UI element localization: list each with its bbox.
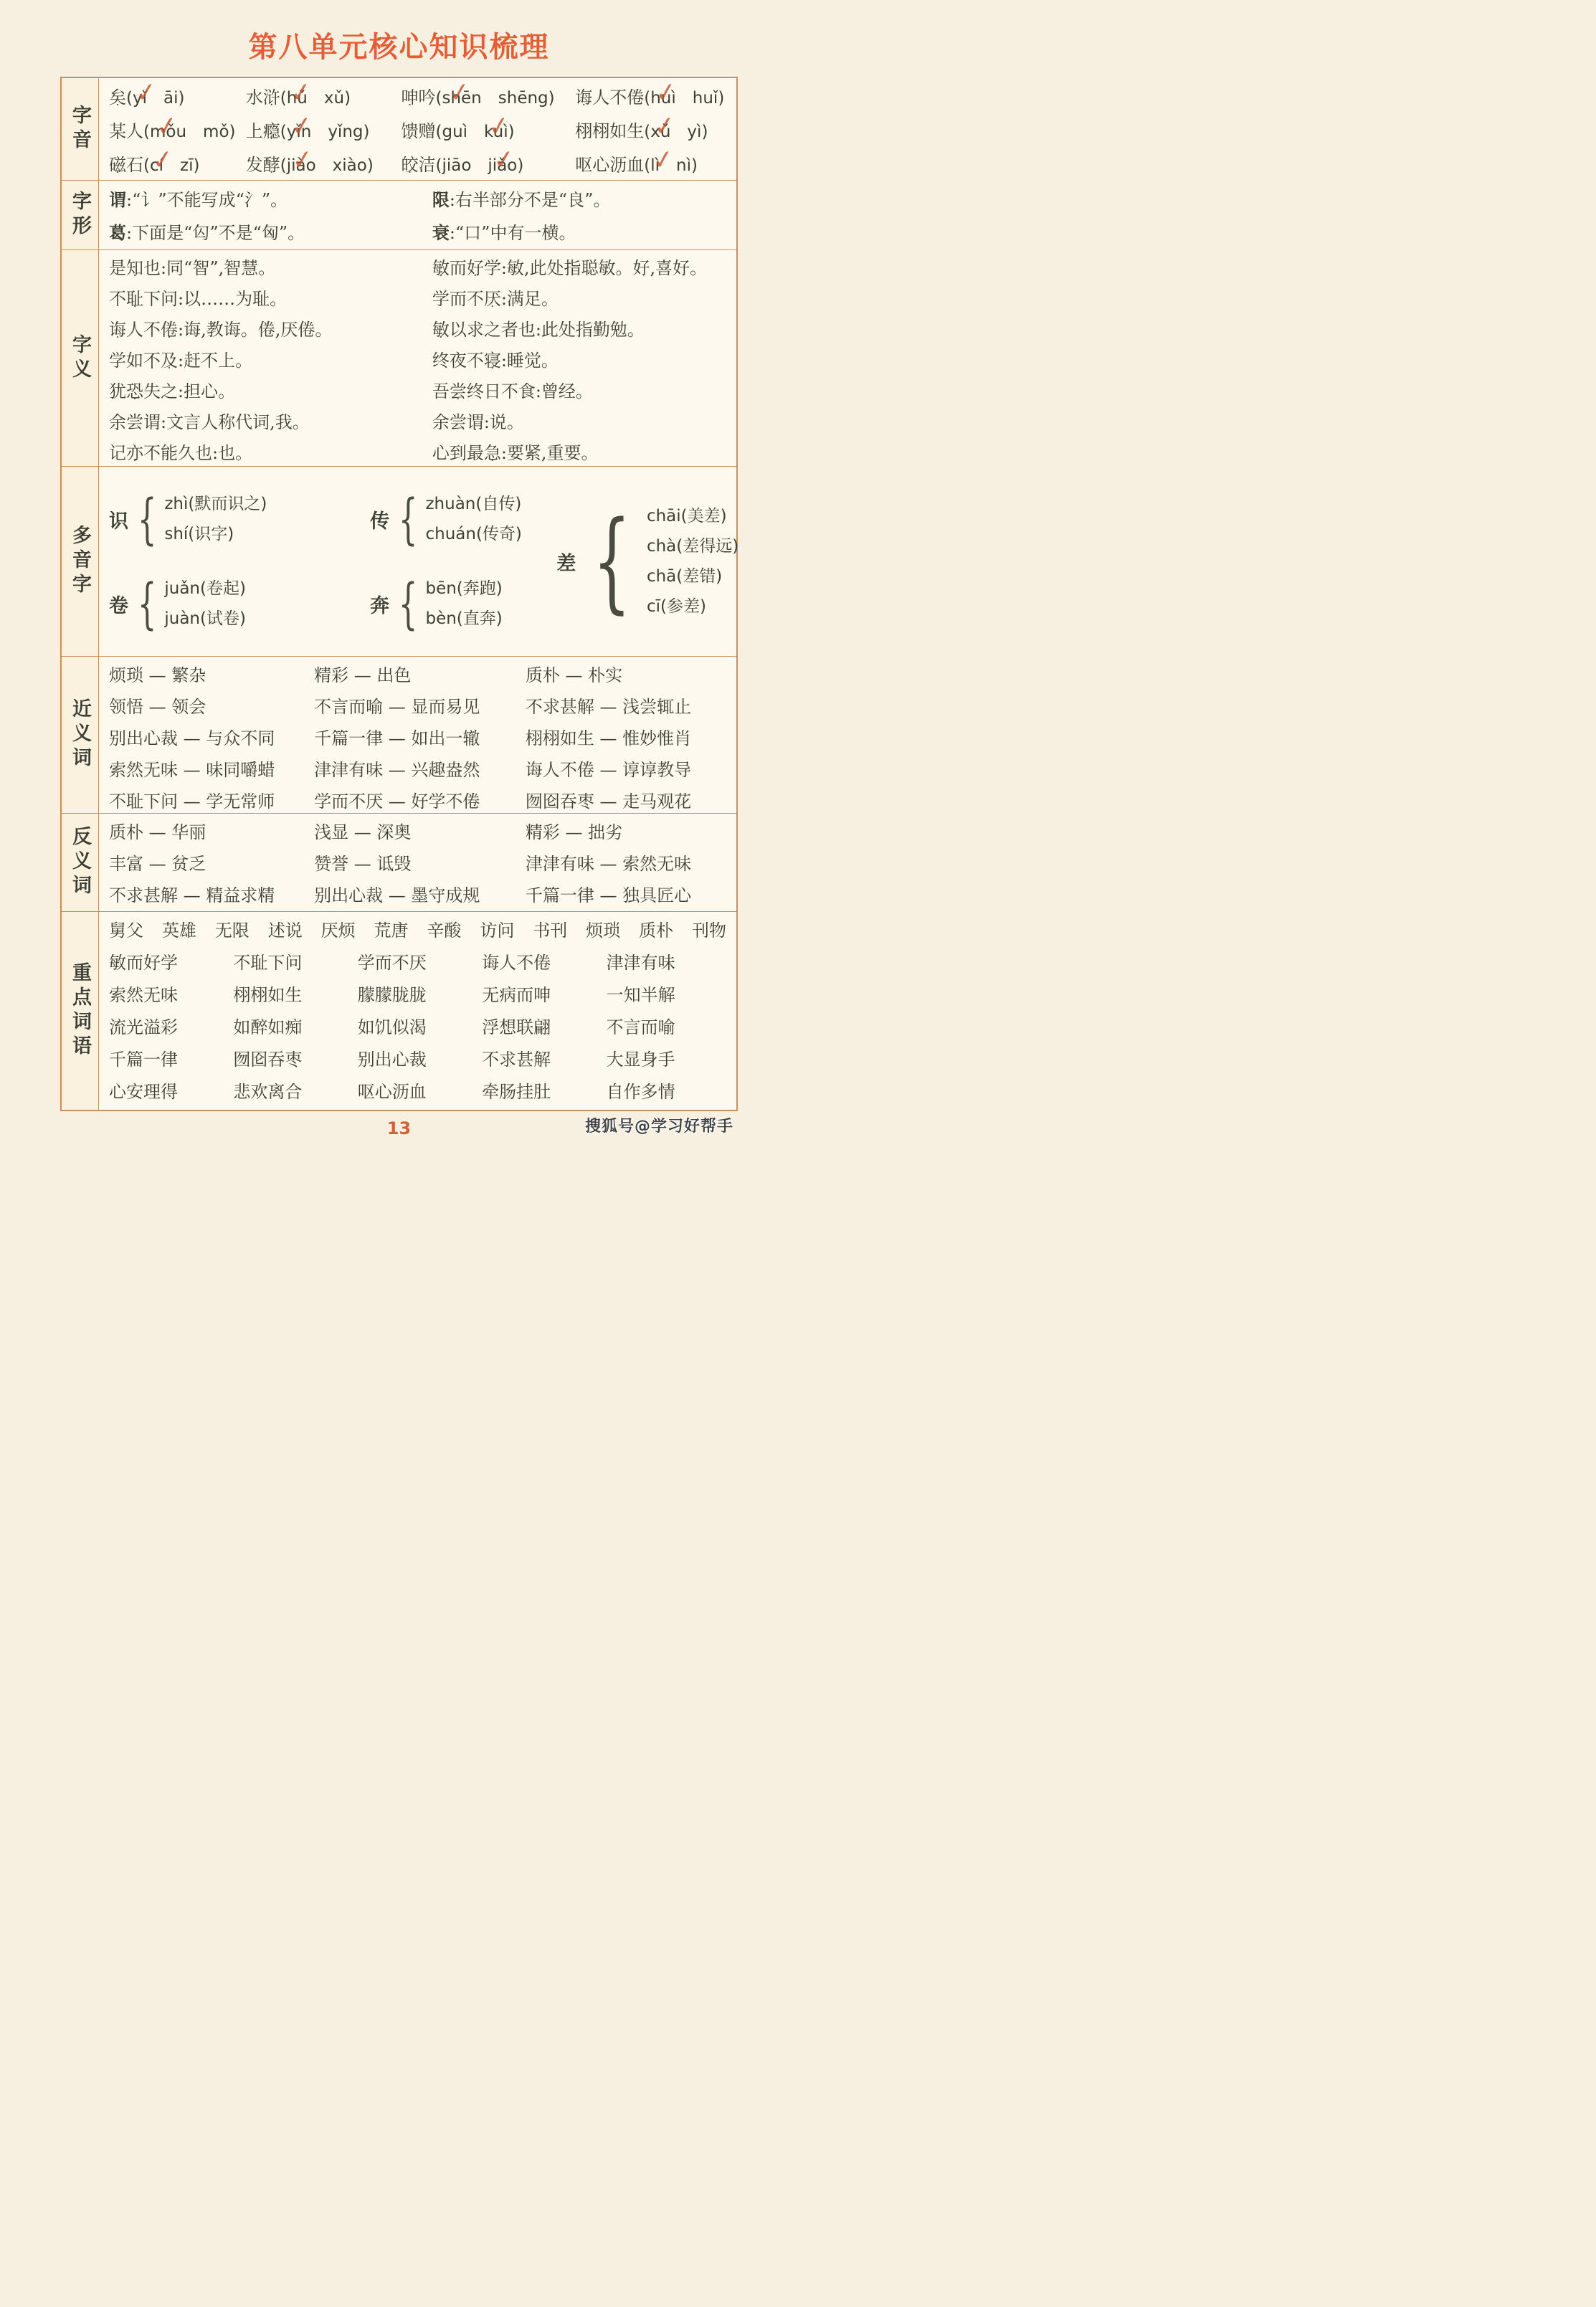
keyword: 质朴 <box>639 914 673 947</box>
antonym-pair: 精彩 — 拙劣 <box>526 817 731 848</box>
pinyin-option: yǐ✓ <box>133 82 147 115</box>
polyphone-option: chā(差错) <box>647 561 738 591</box>
pinyin-option: jiào✓ <box>287 149 316 182</box>
pinyin-option: cí✓ <box>150 149 163 182</box>
character: 酵 <box>263 148 280 181</box>
character: 洁 <box>418 155 435 175</box>
row-zhongdian: 重点词语 舅父英雄无限述说厌烦荒唐辛酸访问书刊烦琐质朴刊物敏而好学不耻下问学而不… <box>62 911 736 1110</box>
keyword: 如饥似渴 <box>358 1012 482 1044</box>
check-mark: ✓ <box>151 146 176 175</box>
character: 余 <box>432 412 450 432</box>
pinyin-options: (yǐ✓ āi) <box>126 89 184 108</box>
check-mark: ✓ <box>155 113 180 141</box>
character: 好 <box>467 253 484 284</box>
synonym-pair: 诲人不倦 — 谆谆教导 <box>526 754 731 786</box>
keyword: 流光溢彩 <box>109 1012 233 1044</box>
synonym-pair: 烦琐 — 繁杂 <box>109 660 314 691</box>
pinyin-option: shēng <box>498 82 548 115</box>
brace-glyph: { <box>399 576 418 631</box>
ziyi-note: 不耻下问:以……为耻。 <box>109 284 432 315</box>
character: 不 <box>467 289 484 309</box>
pinyin-option: zī <box>180 149 193 182</box>
brace-glyph: { <box>593 507 631 616</box>
polyphone-option: zhì(默而识之) <box>164 489 267 519</box>
keyword: 敏而好学 <box>109 947 233 979</box>
keyword: 囫囵吞枣 <box>233 1044 357 1076</box>
antonym-column: 精彩 — 拙劣津津有味 — 索然无味千篇一律 — 独具匠心 <box>526 817 731 911</box>
character: 人 <box>592 87 609 108</box>
character: 尝 <box>126 412 143 432</box>
pinyin-options: (hǔ✓ xǔ) <box>280 89 351 108</box>
ziyi-note: 余尝谓:文言人称代词,我。 <box>109 407 432 438</box>
row-label-jinyici: 近义词 <box>62 657 99 813</box>
polyphone-option: bèn(直奔) <box>425 604 502 634</box>
pinyin-option: āi <box>163 82 178 115</box>
zixing-column: 限:右半部分不是“良”。衰:“口”中有一横。 <box>432 184 731 249</box>
character: 不 <box>143 320 161 340</box>
row-label-ziyin: 字音 <box>62 78 99 180</box>
character: 皎 <box>401 148 418 181</box>
brace-glyph: { <box>138 492 157 546</box>
keyword-line: 舅父英雄无限述说厌烦荒唐辛酸访问书刊烦琐质朴刊物 <box>109 914 731 947</box>
polyphone-option: bēn(奔跑) <box>425 574 502 604</box>
check-mark: ✓ <box>447 79 472 108</box>
polyphone-option: juǎn(卷起) <box>164 574 246 604</box>
ziyi-note: 终夜不寝:睡觉。 <box>432 346 731 376</box>
polyphone-group: 差{chāi(美差)chà(差得远)chā(差错)cī(参差) <box>556 501 731 622</box>
character: 恐 <box>126 376 143 407</box>
synonym-pair: 别出心裁 — 与众不同 <box>109 723 314 754</box>
character: 耻 <box>126 284 143 315</box>
pinyin-entry: 某人(mǒu✓ mǒ) <box>109 115 246 148</box>
synonym-pair: 索然无味 — 味同嚼蜡 <box>109 754 314 786</box>
pinyin-entry: 皎洁(jiāo jiǎo✓) <box>401 148 575 182</box>
polyphone-char: 奔 <box>370 590 389 618</box>
character: 呻 <box>401 81 418 114</box>
keyword: 舅父 <box>109 914 143 947</box>
pinyin-entry: 馈赠(guì kuì✓) <box>401 115 575 148</box>
pinyin-options: (yǐn✓ yǐng) <box>280 123 370 141</box>
antonym-pair: 不求甚解 — 精益求精 <box>109 880 314 911</box>
keyword: 栩栩如生 <box>233 979 357 1012</box>
character: 之 <box>484 320 501 340</box>
polyphone-column: 传{zhuàn(自传)chuán(传奇)奔{bēn(奔跑)bèn(直奔) <box>370 470 556 653</box>
keyword: 津津有味 <box>607 947 731 979</box>
synonym-pair: 不耻下问 — 学无常师 <box>109 786 314 817</box>
row-label-text: 反义词 <box>70 826 90 899</box>
character: 失 <box>143 381 161 401</box>
character: 下 <box>143 289 161 309</box>
polyphone-options: zhuàn(自传)chuán(传奇) <box>425 489 521 549</box>
pinyin-entry: 呕心沥血(lì✓ nì) <box>575 148 731 182</box>
check-mark: ✓ <box>289 79 314 108</box>
keyword-line: 流光溢彩如醉如痴如饥似渴浮想联翩不言而喻 <box>109 1012 731 1044</box>
keyword: 呕心沥血 <box>358 1076 482 1108</box>
character: 最 <box>467 443 484 463</box>
character: 不 <box>609 87 627 108</box>
page-footer: 13 搜狐号@学习好帮手 <box>60 1111 738 1144</box>
antonym-pair: 丰富 — 贫乏 <box>109 848 314 880</box>
row-label-ziyi: 字义 <box>62 250 99 466</box>
synonym-column: 烦琐 — 繁杂领悟 — 领会别出心裁 — 与众不同索然无味 — 味同嚼蜡不耻下问… <box>109 660 314 817</box>
keyword-line: 心安理得悲欢离合呕心沥血牵肠挂肚自作多情 <box>109 1076 731 1108</box>
character: 求 <box>467 320 484 340</box>
check-mark: ✓ <box>491 146 516 175</box>
page-title: 第八单元核心知识梳理 <box>0 0 798 65</box>
synonym-pair: 津津有味 — 兴趣盎然 <box>314 754 526 786</box>
keyword-line: 索然无味栩栩如生朦朦胧胧无病而呻一知半解 <box>109 979 731 1012</box>
polyphone-char: 卷 <box>109 590 128 618</box>
character: 而 <box>450 289 467 309</box>
synonym-pair: 质朴 — 朴实 <box>526 660 731 691</box>
page: 第八单元核心知识梳理 字音 矣(yǐ✓ āi)水浒(hǔ✓ xǔ)呻吟(shēn… <box>0 0 798 1153</box>
keyword: 不耻下问 <box>233 947 357 979</box>
character: 如 <box>126 351 143 371</box>
pinyin-entry: 水浒(hǔ✓ xǔ) <box>246 81 402 115</box>
row-label-duoyinzi: 多音字 <box>62 467 99 656</box>
pinyin-option: xǔ✓ <box>650 115 670 148</box>
jinyici-content: 烦琐 — 繁杂领悟 — 领会别出心裁 — 与众不同索然无味 — 味同嚼蜡不耻下问… <box>99 657 736 813</box>
polyphone-option: zhuàn(自传) <box>425 489 521 519</box>
row-jinyici: 近义词 烦琐 — 繁杂领悟 — 领会别出心裁 — 与众不同索然无味 — 味同嚼蜡… <box>62 656 736 813</box>
ziyi-note: 吾尝终日不食:曾经。 <box>432 376 731 407</box>
character: 馈 <box>401 115 418 148</box>
row-duoyinzi: 多音字 识{zhì(默而识之)shí(识字)卷{juǎn(卷起)juàn(试卷)… <box>62 466 736 656</box>
character: 诲 <box>575 81 592 114</box>
polyphone-option: cī(参差) <box>647 591 738 622</box>
keyword: 牵肠挂肚 <box>482 1076 606 1108</box>
polyphone-option: juàn(试卷) <box>164 604 246 634</box>
keyword: 索然无味 <box>109 979 233 1012</box>
row-label-text: 字义 <box>70 334 90 383</box>
ziyi-note: 学如不及:赶不上。 <box>109 346 432 376</box>
note-head-char: 谓 <box>109 189 126 210</box>
pinyin-entry: 磁石(cí✓ zī) <box>109 148 246 182</box>
synonym-pair: 不求甚解 — 浅尝辄止 <box>526 691 731 723</box>
pinyin-entry: 诲人不倦(huì✓ huǐ) <box>575 81 731 115</box>
character: 是 <box>109 258 126 278</box>
pinyin-options: (jiāo jiǎo✓) <box>435 156 523 175</box>
ziyi-note: 敏以求之者也:此处指勤勉。 <box>432 315 731 346</box>
row-ziyin: 字音 矣(yǐ✓ āi)水浒(hǔ✓ xǔ)呻吟(shēn✓ shēng)诲人不… <box>62 78 736 180</box>
character: 诲 <box>109 315 126 346</box>
antonym-pair: 浅显 — 深奥 <box>314 817 526 848</box>
character: 余 <box>109 407 126 438</box>
pinyin-entry: 呻吟(shēn✓ shēng) <box>401 81 575 115</box>
character: 谓 <box>467 407 484 438</box>
character: 也 <box>143 258 161 278</box>
keyword-line: 敏而好学不耻下问学而不厌诲人不倦津津有味 <box>109 947 731 979</box>
keyword: 学而不厌 <box>358 947 482 979</box>
ziyi-note: 记亦不能久也:也。 <box>109 438 432 469</box>
character: 上 <box>246 121 263 141</box>
antonym-column: 质朴 — 华丽丰富 — 贫乏不求甚解 — 精益求精 <box>109 817 314 911</box>
polyphone-column: 差{chāi(美差)chà(差得远)chā(差错)cī(参差) <box>556 470 731 653</box>
ziyi-content: 是知也:同“智”,智慧。不耻下问:以……为耻。诲人不倦:诲,教诲。倦,厌倦。学如… <box>99 250 736 466</box>
character: 水 <box>246 87 263 108</box>
pinyin-options: (lì✓ nì) <box>644 156 698 175</box>
synonym-pair: 不言而喻 — 显而易见 <box>314 691 526 723</box>
zhongdian-content: 舅父英雄无限述说厌烦荒唐辛酸访问书刊烦琐质朴刊物敏而好学不耻下问学而不厌诲人不倦… <box>99 912 736 1110</box>
character: 倦 <box>161 315 178 346</box>
keyword: 荒唐 <box>374 914 409 947</box>
pinyin-options: (jiào✓ xiào) <box>280 156 374 175</box>
character: 呕 <box>575 155 592 175</box>
check-mark: ✓ <box>653 79 678 108</box>
character: 如 <box>609 121 627 141</box>
pinyin-option: kuì✓ <box>484 115 508 148</box>
character: 学 <box>109 351 126 371</box>
row-label-text: 近义词 <box>70 698 90 771</box>
keyword: 如醉如痴 <box>233 1012 357 1044</box>
character: 人 <box>126 320 143 340</box>
row-label-text: 字音 <box>70 105 90 153</box>
duoyinzi-content: 识{zhì(默而识之)shí(识字)卷{juǎn(卷起)juàn(试卷)传{zh… <box>99 467 736 656</box>
row-label-text: 重点词语 <box>70 962 90 1060</box>
polyphone-option: chāi(美差) <box>647 501 738 531</box>
character: 浒 <box>263 81 280 114</box>
keyword-line: 千篇一律囫囵吞枣别出心裁不求甚解大显身手 <box>109 1044 731 1076</box>
row-label-text: 多音字 <box>70 525 90 598</box>
pinyin-options: (guì kuì✓) <box>435 123 514 141</box>
character: 也 <box>518 320 536 340</box>
polyphone-option: shí(识字) <box>164 519 267 549</box>
polyphone-char: 传 <box>370 505 389 533</box>
pinyin-entry: 栩栩如生(xǔ✓ yì) <box>575 115 731 148</box>
synonym-column: 精彩 — 出色不言而喻 — 显而易见千篇一律 — 如出一辙津津有味 — 兴趣盎然… <box>314 660 526 817</box>
keyword: 朦朦胧胧 <box>358 979 482 1012</box>
pinyin-option: lì✓ <box>650 149 660 182</box>
pinyin-option: jiǎo✓ <box>488 149 517 182</box>
character: 不 <box>467 351 484 371</box>
keyword: 不求甚解 <box>482 1044 606 1076</box>
character: 矣 <box>109 81 126 114</box>
character: 能 <box>161 443 178 463</box>
pinyin-options: (shēn✓ shēng) <box>435 89 554 108</box>
polyphone-grid: 识{zhì(默而识之)shí(识字)卷{juǎn(卷起)juàn(试卷)传{zh… <box>109 470 731 653</box>
character: 生 <box>627 121 644 141</box>
character: 夜 <box>450 351 467 371</box>
character: 吟 <box>418 87 435 108</box>
character: 之 <box>161 381 178 401</box>
synonym-pair: 囫囵吞枣 — 走马观花 <box>526 786 731 817</box>
pinyin-option: xǔ <box>324 82 344 115</box>
character: 不 <box>143 346 161 376</box>
character: 栩 <box>592 121 609 141</box>
note-head-char: 衰 <box>432 222 450 243</box>
character: 知 <box>126 253 143 284</box>
character: 而 <box>450 258 467 278</box>
row-fanyici: 反义词 质朴 — 华丽丰富 — 贫乏不求甚解 — 精益求精浅显 — 深奥赞誉 —… <box>62 813 736 911</box>
character: 终 <box>467 381 484 401</box>
keyword: 英雄 <box>162 914 196 947</box>
zixing-note: 衰:“口”中有一横。 <box>432 217 731 249</box>
keyword: 烦琐 <box>586 914 620 947</box>
character: 沥 <box>609 148 627 181</box>
keyword: 访问 <box>480 914 514 947</box>
character: 不 <box>501 381 518 401</box>
character: 厌 <box>484 284 501 315</box>
check-mark: ✓ <box>290 146 315 175</box>
antonym-pair: 别出心裁 — 墨守成规 <box>314 880 526 911</box>
pinyin-options: (mǒu✓ mǒ) <box>143 123 236 141</box>
character: 及 <box>161 346 178 376</box>
character: 瘾 <box>263 115 280 148</box>
row-label-fanyici: 反义词 <box>62 814 99 911</box>
antonym-pair: 质朴 — 华丽 <box>109 817 314 848</box>
row-zixing: 字形 谓:“讠”不能写成“氵”。葛:下面是“匃”不是“匈”。限:右半部分不是“良… <box>62 180 736 249</box>
character: 寝 <box>484 346 501 376</box>
keyword: 无病而呻 <box>482 979 606 1012</box>
synonym-pair: 栩栩如生 — 惟妙惟肖 <box>526 723 731 754</box>
character: 问 <box>161 289 178 309</box>
pinyin-options: (huì✓ huǐ) <box>644 89 724 108</box>
character: 人 <box>126 121 143 141</box>
check-mark: ✓ <box>133 79 158 108</box>
synonym-column: 质朴 — 朴实不求甚解 — 浅尝辄止栩栩如生 — 惟妙惟肖诲人不倦 — 谆谆教导… <box>526 660 731 817</box>
row-label-zixing: 字形 <box>62 181 99 249</box>
polyphone-options: chāi(美差)chà(差得远)chā(差错)cī(参差) <box>647 501 738 622</box>
character: 不 <box>109 289 126 309</box>
polyphone-column: 识{zhì(默而识之)shí(识字)卷{juǎn(卷起)juàn(试卷) <box>109 470 370 653</box>
character: 敏 <box>432 315 450 346</box>
knowledge-table: 字音 矣(yǐ✓ āi)水浒(hǔ✓ xǔ)呻吟(shēn✓ shēng)诲人不… <box>60 77 738 1111</box>
pinyin-option: mǒu✓ <box>150 115 186 148</box>
pinyin-option: yì <box>687 115 701 148</box>
polyphone-group: 识{zhì(默而识之)shí(识字) <box>109 489 370 549</box>
antonym-column: 浅显 — 深奥赞誉 — 诋毁别出心裁 — 墨守成规 <box>314 817 526 911</box>
keyword: 书刊 <box>533 914 567 947</box>
character: 赠 <box>418 121 435 141</box>
pinyin-entry: 矣(yǐ✓ āi) <box>109 81 246 115</box>
pinyin-entry: 发酵(jiào✓ xiào) <box>246 148 402 182</box>
character: 以 <box>450 320 467 340</box>
keyword: 辛酸 <box>427 914 461 947</box>
keyword: 刊物 <box>692 914 726 947</box>
ziyi-note: 是知也:同“智”,智慧。 <box>109 253 432 284</box>
character: 发 <box>246 155 263 175</box>
keyword: 述说 <box>268 914 303 947</box>
antonym-pair: 赞誉 — 诋毁 <box>314 848 526 880</box>
note-head-char: 限 <box>432 189 450 210</box>
polyphone-options: juǎn(卷起)juàn(试卷) <box>164 574 246 634</box>
character: 终 <box>432 351 450 371</box>
polyphone-group: 传{zhuàn(自传)chuán(传奇) <box>370 489 556 549</box>
character: 到 <box>450 443 467 463</box>
antonym-pair: 千篇一律 — 独具匠心 <box>526 880 731 911</box>
antonym-pair: 津津有味 — 索然无味 <box>526 848 731 880</box>
synonym-pair: 领悟 — 领会 <box>109 691 314 723</box>
keyword: 大显身手 <box>607 1044 731 1076</box>
synonym-pair: 学而不厌 — 好学不倦 <box>314 786 526 817</box>
check-mark: ✓ <box>652 113 678 141</box>
pinyin-option: huǐ <box>693 82 718 115</box>
keyword: 自作多情 <box>607 1076 731 1108</box>
character: 尝 <box>450 376 467 407</box>
pinyin-option: hǔ✓ <box>287 82 308 115</box>
polyphone-group: 奔{bēn(奔跑)bèn(直奔) <box>370 574 556 634</box>
check-mark: ✓ <box>650 146 675 175</box>
character: 尝 <box>450 412 467 432</box>
keyword: 厌烦 <box>321 914 356 947</box>
pinyin-option: yǐn✓ <box>287 115 312 148</box>
character: 栩 <box>575 115 592 148</box>
brace-glyph: { <box>138 576 157 631</box>
keyword: 心安理得 <box>109 1076 233 1108</box>
polyphone-options: bēn(奔跑)bèn(直奔) <box>425 574 502 634</box>
character: 记 <box>109 443 126 463</box>
keyword: 无限 <box>215 914 250 947</box>
ziyi-note: 余尝谓:说。 <box>432 407 731 438</box>
synonym-pair: 精彩 — 出色 <box>314 660 526 691</box>
character: 日 <box>484 381 501 401</box>
fanyici-content: 质朴 — 华丽丰富 — 贫乏不求甚解 — 精益求精浅显 — 深奥赞誉 — 诋毁别… <box>99 814 736 911</box>
character: 急 <box>484 438 501 469</box>
pinyin-options: (xǔ✓ yì) <box>644 123 708 141</box>
character: 敏 <box>432 253 450 284</box>
synonym-pair: 千篇一律 — 如出一辙 <box>314 723 526 754</box>
character: 食 <box>518 381 536 401</box>
pinyin-options: (cí✓ zī) <box>143 156 199 175</box>
polyphone-option: chuán(传奇) <box>425 519 521 549</box>
zixing-note: 葛:下面是“匃”不是“匈”。 <box>109 217 432 249</box>
keyword: 诲人不倦 <box>482 947 606 979</box>
pinyin-entry: 上瘾(yǐn✓ yǐng) <box>246 115 402 148</box>
page-number: 13 <box>387 1118 411 1138</box>
row-label-zhongdian: 重点词语 <box>62 912 99 1110</box>
ziyi-column: 敏而好学:敏,此处指聪敏。好,喜好。学而不厌:满足。敏以求之者也:此处指勤勉。终… <box>432 253 731 469</box>
keyword: 一知半解 <box>607 979 731 1012</box>
character: 犹 <box>109 381 126 401</box>
polyphone-options: zhì(默而识之)shí(识字) <box>164 489 267 549</box>
character: 血 <box>627 155 644 175</box>
polyphone-char: 识 <box>109 505 128 533</box>
ziyi-note: 犹恐失之:担心。 <box>109 376 432 407</box>
polyphone-char: 差 <box>556 548 576 576</box>
character: 石 <box>126 155 143 175</box>
pinyin-option: guì <box>442 115 467 148</box>
ziyi-note: 敏而好学:敏,此处指聪敏。好,喜好。 <box>432 253 731 284</box>
watermark: 搜狐号@学习好帮手 <box>585 1114 733 1136</box>
character: 者 <box>501 320 518 340</box>
ziyi-note: 诲人不倦:诲,教诲。倦,厌倦。 <box>109 315 432 346</box>
brace-glyph: { <box>399 492 418 546</box>
zixing-note: 限:右半部分不是“良”。 <box>432 184 731 217</box>
keyword: 千篇一律 <box>109 1044 233 1076</box>
row-label-text: 字形 <box>70 191 90 239</box>
check-mark: ✓ <box>487 113 512 141</box>
pinyin-option: jiāo <box>442 149 471 182</box>
character: 吾 <box>432 381 450 401</box>
polyphone-option: chà(差得远) <box>647 531 738 561</box>
row-ziyi: 字义 是知也:同“智”,智慧。不耻下问:以……为耻。诲人不倦:诲,教诲。倦,厌倦… <box>62 249 736 466</box>
pinyin-option: xiào <box>333 149 367 182</box>
character: 心 <box>432 443 450 463</box>
keyword: 浮想联翩 <box>482 1012 606 1044</box>
pinyin-option: yǐng <box>328 115 363 148</box>
pinyin-option: mǒ <box>203 115 229 148</box>
pinyin-option: nì <box>676 149 691 182</box>
character: 学 <box>432 289 450 309</box>
pinyin-option: shēn✓ <box>442 82 481 115</box>
zixing-content: 谓:“讠”不能写成“氵”。葛:下面是“匃”不是“匈”。限:右半部分不是“良”。衰… <box>99 181 736 249</box>
check-mark: ✓ <box>290 113 315 141</box>
pinyin-option: huì✓ <box>650 82 676 115</box>
ziyi-column: 是知也:同“智”,智慧。不耻下问:以……为耻。诲人不倦:诲,教诲。倦,厌倦。学如… <box>109 253 432 469</box>
character: 也 <box>195 443 212 463</box>
ziyin-content: 矣(yǐ✓ āi)水浒(hǔ✓ xǔ)呻吟(shēn✓ shēng)诲人不倦(h… <box>99 78 736 180</box>
character: 倦 <box>627 87 644 108</box>
